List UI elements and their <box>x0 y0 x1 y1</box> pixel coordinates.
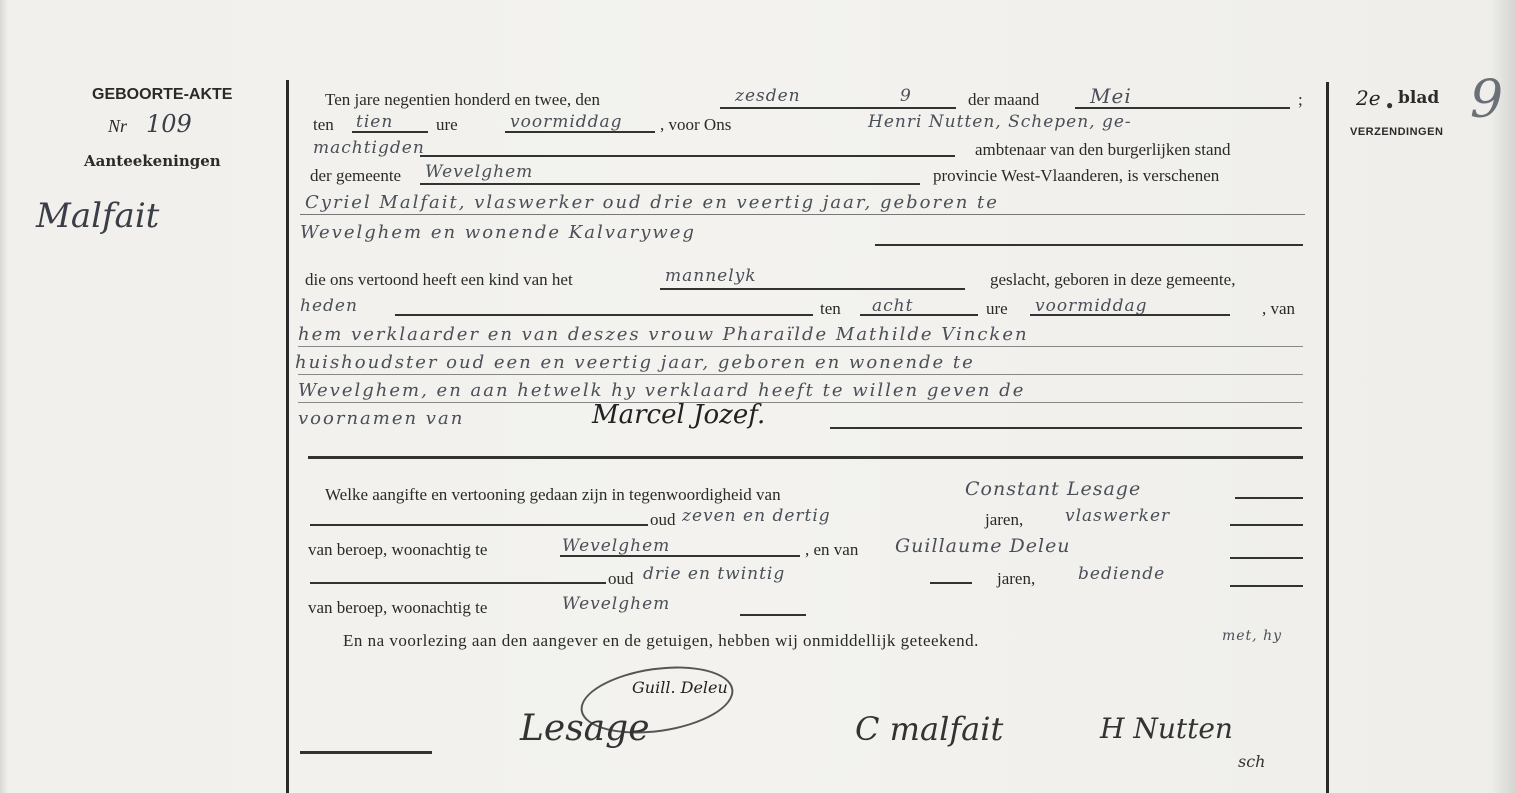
line1-pre: Ten jare negentien honderd en twee, den <box>325 90 600 110</box>
field-mother: hem verklaarder en van deszes vrouw Phar… <box>298 324 1029 345</box>
line4-pre: der gemeente <box>310 166 401 186</box>
notes-label: Aanteekeningen <box>84 152 221 170</box>
fill-line <box>1230 585 1303 587</box>
fill-line <box>308 456 1303 459</box>
field-sex: mannelyk <box>665 266 757 286</box>
fill-line <box>395 314 813 316</box>
line7-post: geslacht, geboren in deze gemeente, <box>990 270 1235 290</box>
line15-mid: jaren, <box>985 510 1023 530</box>
fill-line <box>560 555 800 557</box>
fill-line <box>352 131 428 133</box>
line2-pre: ten <box>313 115 334 135</box>
fill-line <box>930 582 972 584</box>
document-title: GEBOORTE-AKTE <box>92 86 232 104</box>
fill-line <box>298 346 1303 347</box>
field-birth-when: heden <box>300 296 358 316</box>
closing-statement: En na voorlezing aan den aangever en de … <box>343 631 979 651</box>
fill-line <box>1230 524 1303 526</box>
fill-line <box>1235 497 1303 499</box>
closing-handwritten: met, hy <box>1222 628 1282 644</box>
sheet-dot: ● <box>1386 98 1393 113</box>
field-witness2: Guillaume Deleu <box>895 535 1071 557</box>
line8-mid2: ure <box>986 299 1008 319</box>
field-age1: zeven en dertig <box>682 506 831 526</box>
signature-line-blank <box>300 751 432 754</box>
field-mother-details: huishoudster oud een en veertig jaar, ge… <box>295 352 975 373</box>
field-age2: drie en twintig <box>643 564 785 584</box>
fill-line <box>298 402 1303 403</box>
line3-print: ambtenaar van den burgerlijken stand <box>975 140 1231 160</box>
line18-pre: van beroep, woonachtig te <box>308 598 487 618</box>
line14-pre: Welke aangifte en vertooning gedaan zijn… <box>325 485 781 505</box>
line7-pre: die ons vertoond heeft een kind van het <box>305 270 573 290</box>
fill-line <box>300 214 1305 215</box>
fill-line <box>505 131 655 133</box>
fill-line <box>740 614 806 616</box>
field-occupation2: bediende <box>1078 564 1165 584</box>
line15-pre: oud <box>650 510 676 530</box>
field-month: Mei <box>1090 84 1132 108</box>
line1-mid: der maand <box>968 90 1039 110</box>
fill-line <box>298 374 1303 375</box>
signature-official: H Nutten <box>1100 712 1233 745</box>
line8-end: , van <box>1262 299 1295 319</box>
number-label: Nr <box>108 116 127 137</box>
field-birth-period: voormiddag <box>1035 296 1148 316</box>
sheet-label: blad <box>1398 88 1439 108</box>
fill-line <box>310 582 606 584</box>
field-day: zesden <box>735 86 801 106</box>
line2-mid2: , voor Ons <box>660 115 731 135</box>
fill-line <box>860 314 978 316</box>
line17-mid: jaren, <box>997 569 1035 589</box>
field-municipality: Wevelghem <box>425 162 533 182</box>
sheet-number: 2e <box>1356 86 1381 110</box>
line17-pre: oud <box>608 569 634 589</box>
signature-official-suffix: sch <box>1238 752 1265 771</box>
field-names-pre: voornamen van <box>298 408 464 429</box>
signature-declarant: C malfait <box>855 710 1003 748</box>
field-official: Henri Nutten, Schepen, ge- <box>868 112 1132 132</box>
line16-pre: van beroep, woonachtig te <box>308 540 487 560</box>
fill-line <box>720 107 956 109</box>
signature-witness2: Guill. Deleu <box>632 678 728 697</box>
fill-line <box>660 288 965 290</box>
corner-mark: 9 <box>1470 70 1503 130</box>
fill-line <box>1030 314 1230 316</box>
field-residence1: Wevelghem <box>562 536 670 556</box>
line4-print: provincie West-Vlaanderen, is verschenen <box>933 166 1219 186</box>
field-declarant: Cyriel Malfait, vlaswerker oud drie en v… <box>305 192 999 213</box>
fill-line <box>830 427 1302 429</box>
field-birth-hour: acht <box>872 296 913 316</box>
field-day-extra: 9 <box>900 86 912 106</box>
fill-line <box>1230 557 1303 559</box>
field-period: voormiddag <box>510 112 623 132</box>
right-column-rule <box>1326 82 1329 793</box>
field-declaration: Wevelghem, en aan hetwelk hy verklaard h… <box>298 380 1025 401</box>
signature-witness1: Lesage <box>520 708 650 749</box>
line1-end: ; <box>1298 90 1303 110</box>
certificate-number: 109 <box>146 110 192 138</box>
field-occupation1: vlaswerker <box>1065 506 1170 526</box>
fill-line <box>310 524 648 526</box>
line8-mid: ten <box>820 299 841 319</box>
field-witness1: Constant Lesage <box>965 478 1141 500</box>
field-authorized: machtigden <box>313 138 425 158</box>
fill-line <box>1075 107 1290 109</box>
field-declarant-residence: Wevelghem en wonende Kalvaryweg <box>300 222 696 243</box>
line16-mid: , en van <box>805 540 858 560</box>
fill-line <box>875 244 1303 246</box>
field-hour: tien <box>356 112 393 132</box>
left-column-rule <box>286 80 289 793</box>
line2-mid: ure <box>436 115 458 135</box>
dispatch-label: VERZENDINGEN <box>1350 126 1443 138</box>
margin-surname: Malfait <box>36 196 159 236</box>
field-child-names: Marcel Jozef. <box>592 400 765 430</box>
fill-line <box>420 155 955 157</box>
field-residence2: Wevelghem <box>562 594 670 614</box>
fill-line <box>420 183 920 185</box>
